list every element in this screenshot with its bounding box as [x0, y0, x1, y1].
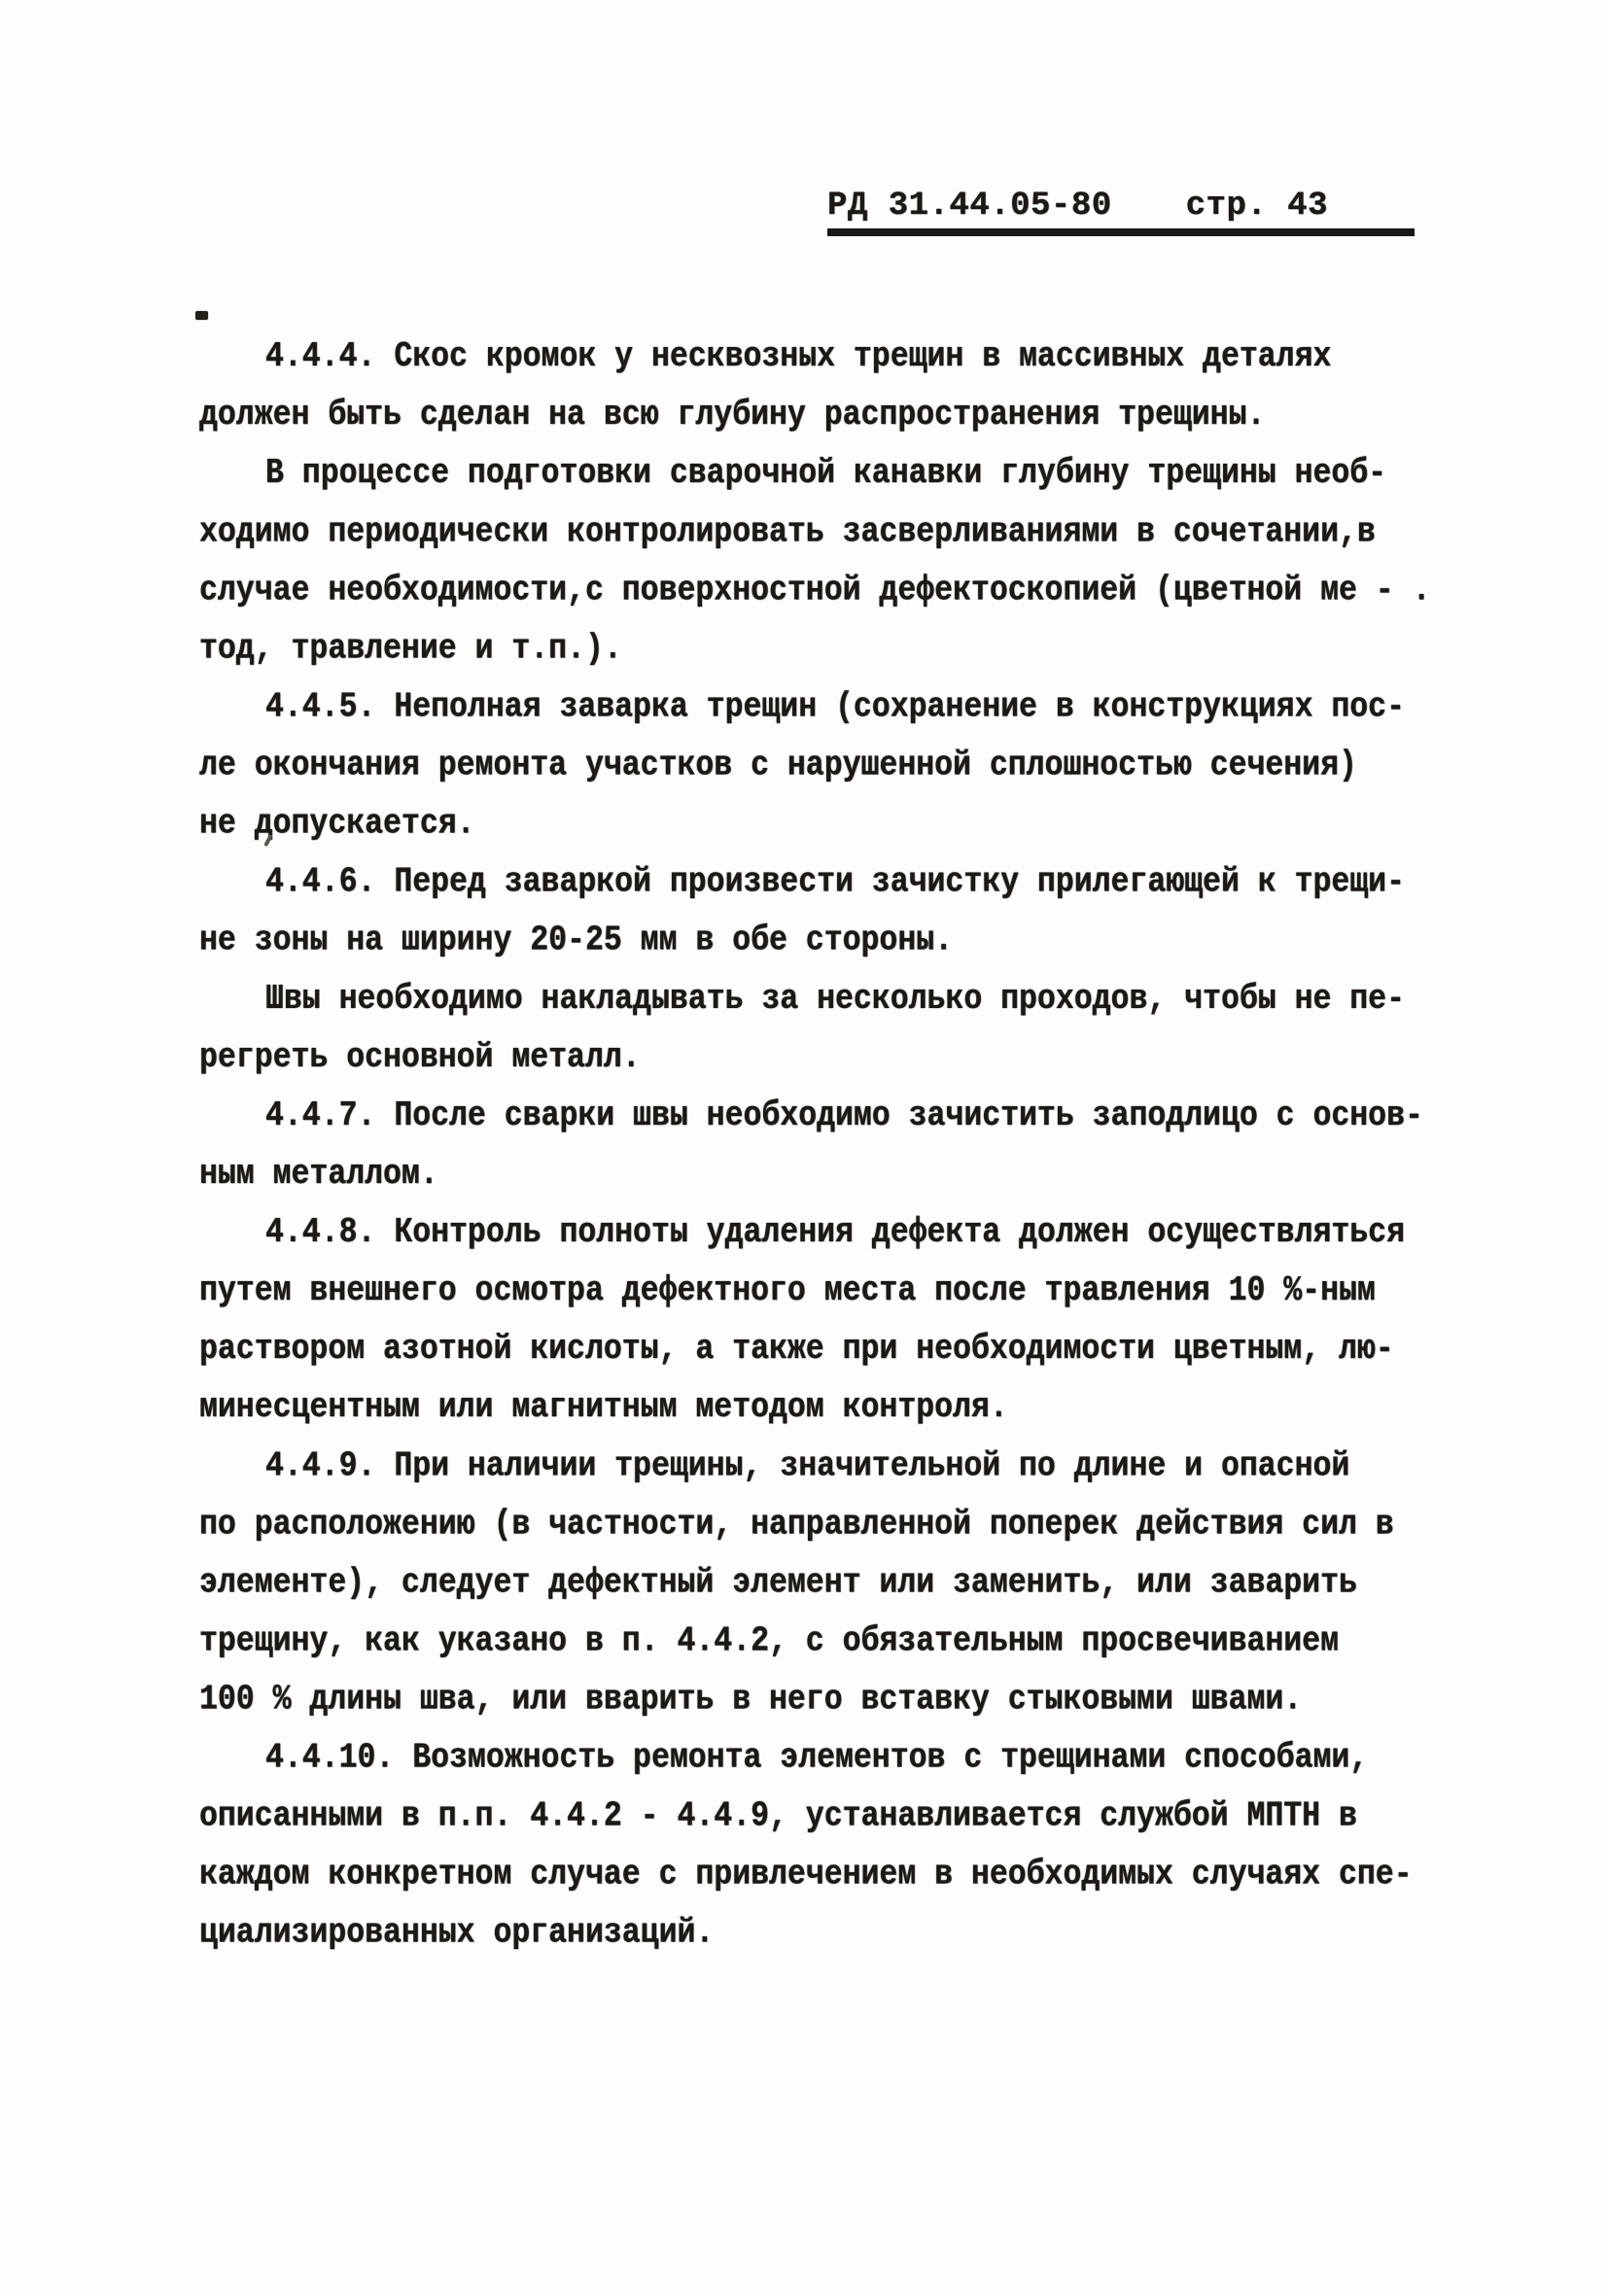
text-line: ле окончания ремонта участков с нарушенн… [199, 737, 1463, 795]
text-line: должен быть сделан на всю глубину распро… [199, 387, 1463, 445]
text-line: Швы необходимо накладывать за несколько … [199, 971, 1463, 1029]
text-line: 4.4.10. Возможность ремонта элементов с … [199, 1729, 1463, 1788]
text-line: трещину, как указано в п. 4.4.2, с обяза… [199, 1613, 1463, 1671]
page-number: стр. 43 [1186, 188, 1328, 225]
text-line: 4.4.6. Перед заваркой произвести зачистк… [199, 854, 1463, 913]
text-line: 4.4.9. При наличии трещины, значительной… [199, 1438, 1463, 1496]
text-line: не зоны на ширину 20-25 мм в обе стороны… [199, 913, 1463, 971]
text-line: описанными в п.п. 4.4.2 - 4.4.9, устанав… [199, 1789, 1463, 1847]
text-line: минесцентным или магнитным методом контр… [199, 1379, 1463, 1438]
text-line: элементе), следует дефектный элемент или… [199, 1554, 1463, 1613]
text-line: случае необходимости,с поверхностной деф… [199, 562, 1463, 620]
ink-speck [195, 311, 208, 320]
text-line: В процессе подготовки сварочной канавки … [199, 445, 1463, 504]
doc-number: РД 31.44.05-80 [827, 188, 1112, 225]
page-header: РД 31.44.05-80 стр. 43 [827, 188, 1415, 236]
text-line: раствором азотной кислоты, а также при н… [199, 1321, 1463, 1379]
text-line: не допускается. [199, 795, 1463, 853]
text-line: каждом конкретном случае с привлечением … [199, 1847, 1463, 1905]
text-line: 4.4.7. После сварки швы необходимо зачис… [199, 1088, 1463, 1146]
document-page: РД 31.44.05-80 стр. 43 4.4.4. Скос кромо… [0, 0, 1608, 2296]
text-line: путем внешнего осмотра дефектного места … [199, 1263, 1463, 1321]
text-line: по расположению (в частности, направленн… [199, 1496, 1463, 1554]
text-line: 4.4.4. Скос кромок у несквозных трещин в… [199, 329, 1463, 387]
text-line: циализированных организаций. [199, 1905, 1463, 1964]
text-line: ходимо периодически контролировать засве… [199, 504, 1463, 562]
text-line: 4.4.5. Неполная заварка трещин (сохранен… [199, 678, 1463, 737]
text-line: 4.4.8. Контроль полноты удаления дефекта… [199, 1204, 1463, 1263]
text-line: тод, травление и т.п.). [199, 620, 1463, 678]
text-line: ным металлом. [199, 1146, 1463, 1204]
document-body: 4.4.4. Скос кромок у несквозных трещин в… [199, 329, 1463, 1964]
text-line: регреть основной металл. [199, 1029, 1463, 1088]
text-line: 100 % длины шва, или вварить в него вста… [199, 1671, 1463, 1729]
